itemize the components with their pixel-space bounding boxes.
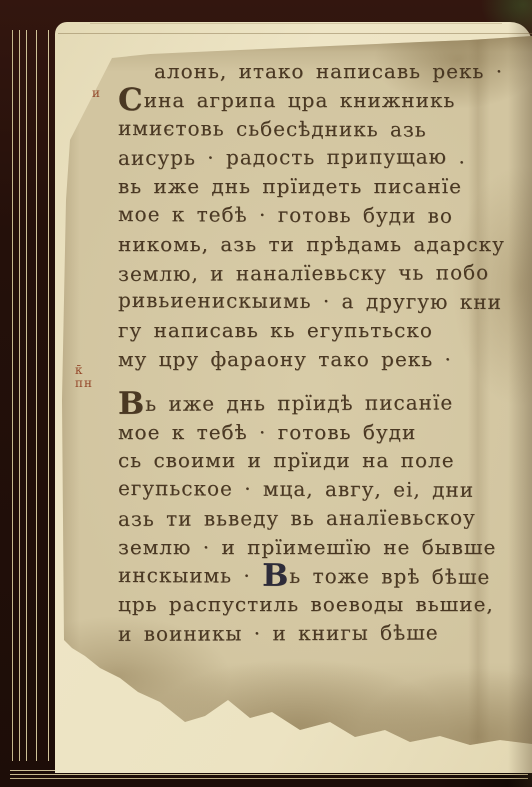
line-text: инскыимь · [118,562,262,587]
line-text: црь распустиль воеводы вьшие, [118,592,494,616]
line-text: сь своими и прїиди на поле [118,448,455,472]
line-text: мое к тебѣ · готовь буди во [118,202,453,228]
margin-note-mid: к̄ пн [75,364,93,390]
line-text: и воиникы · и книгы бѣше [118,621,439,646]
text-line: сь своими и прїиди на поле [118,446,518,475]
text-line: землю, и наналїевьску чь побо [118,258,518,289]
text-line: ривьиенискыимь · а другую кни [118,286,518,317]
text-line: землю · и прїимешїю не бывше [118,533,518,562]
line-text: вь иже днь прїидеть писанїе [118,174,462,198]
line-text: имиєтовь сьбесѣдникь азь [118,116,427,142]
line-text: ь тоже врѣ бѣше [289,563,490,588]
text-line: инскыимь · Вь тоже врѣ бѣше [118,560,518,591]
text-line: аисурь · радость припущаю . [118,143,518,174]
text-line: и воиникы · и книгы бѣше [118,618,518,649]
text-line: мое к тебѣ · готовь буди во [118,200,518,231]
text-line: вь иже днь прїидеть писанїе [118,172,518,201]
initial-letter-dark: В [262,557,289,593]
line-text: ина агрипа цра книжникь [144,88,456,112]
line-text: му цру фараону тако рекь · [118,347,452,371]
text-line: мое к тебѣ · готовь буди [118,418,518,447]
text-line: Вь иже днь прїидѣ писанїе [118,388,518,419]
line-text: алонь, итако написавь рекь · [154,59,503,83]
text-line: имиєтовь сьбесѣдникь азь [118,114,518,145]
line-text: землю · и прїимешїю не бывше [118,535,496,559]
manuscript-text-block: алонь, итако написавь рекь · Сина агрипа… [118,57,518,648]
line-text: ь иже днь прїидѣ писанїе [145,390,453,415]
margin-note-mid-line2: пн [75,377,93,390]
page-edge-top-line-2 [90,23,502,24]
line-text: гу написавь кь егупьтьско [118,318,433,342]
margin-note-top-text: и [92,86,101,100]
line-text: землю, и наналїевьску чь побо [118,260,489,286]
text-line: гу написавь кь егупьтьско [118,316,518,345]
initial-letter: В [118,386,145,422]
text-line: Сина агрипа цра книжникь [118,86,518,115]
line-text: мое к тебѣ · готовь буди [118,420,416,444]
text-line: црь распустиль воеводы вьшие, [118,590,518,619]
margin-note-top: и [92,87,101,100]
line-text: ривьиенискыимь · а другую кни [118,288,502,314]
initial-letter: С [118,82,144,118]
page-edge-top-line [58,33,532,34]
text-line: егупьское · мца, авгу, еі, дни [118,474,518,505]
line-text: егупьское · мца, авгу, еі, дни [118,476,474,502]
manuscript-photo-page: и к̄ пн алонь, итако написавь рекь · Син… [0,0,532,787]
line-text: аисурь · радость припущаю . [118,145,466,171]
text-line: азь ти вьведу вь аналїевьскоу [118,503,518,534]
line-text: азь ти вьведу вь аналїевьскоу [118,505,476,531]
text-line: му цру фараону тако рекь · [118,345,518,374]
line-text: никомь, азь ти прѣдамь адарску [118,232,505,256]
gutter-shadow [508,0,532,787]
text-line: никомь, азь ти прѣдамь адарску [118,230,518,259]
text-line: алонь, итако написавь рекь · [118,57,518,86]
